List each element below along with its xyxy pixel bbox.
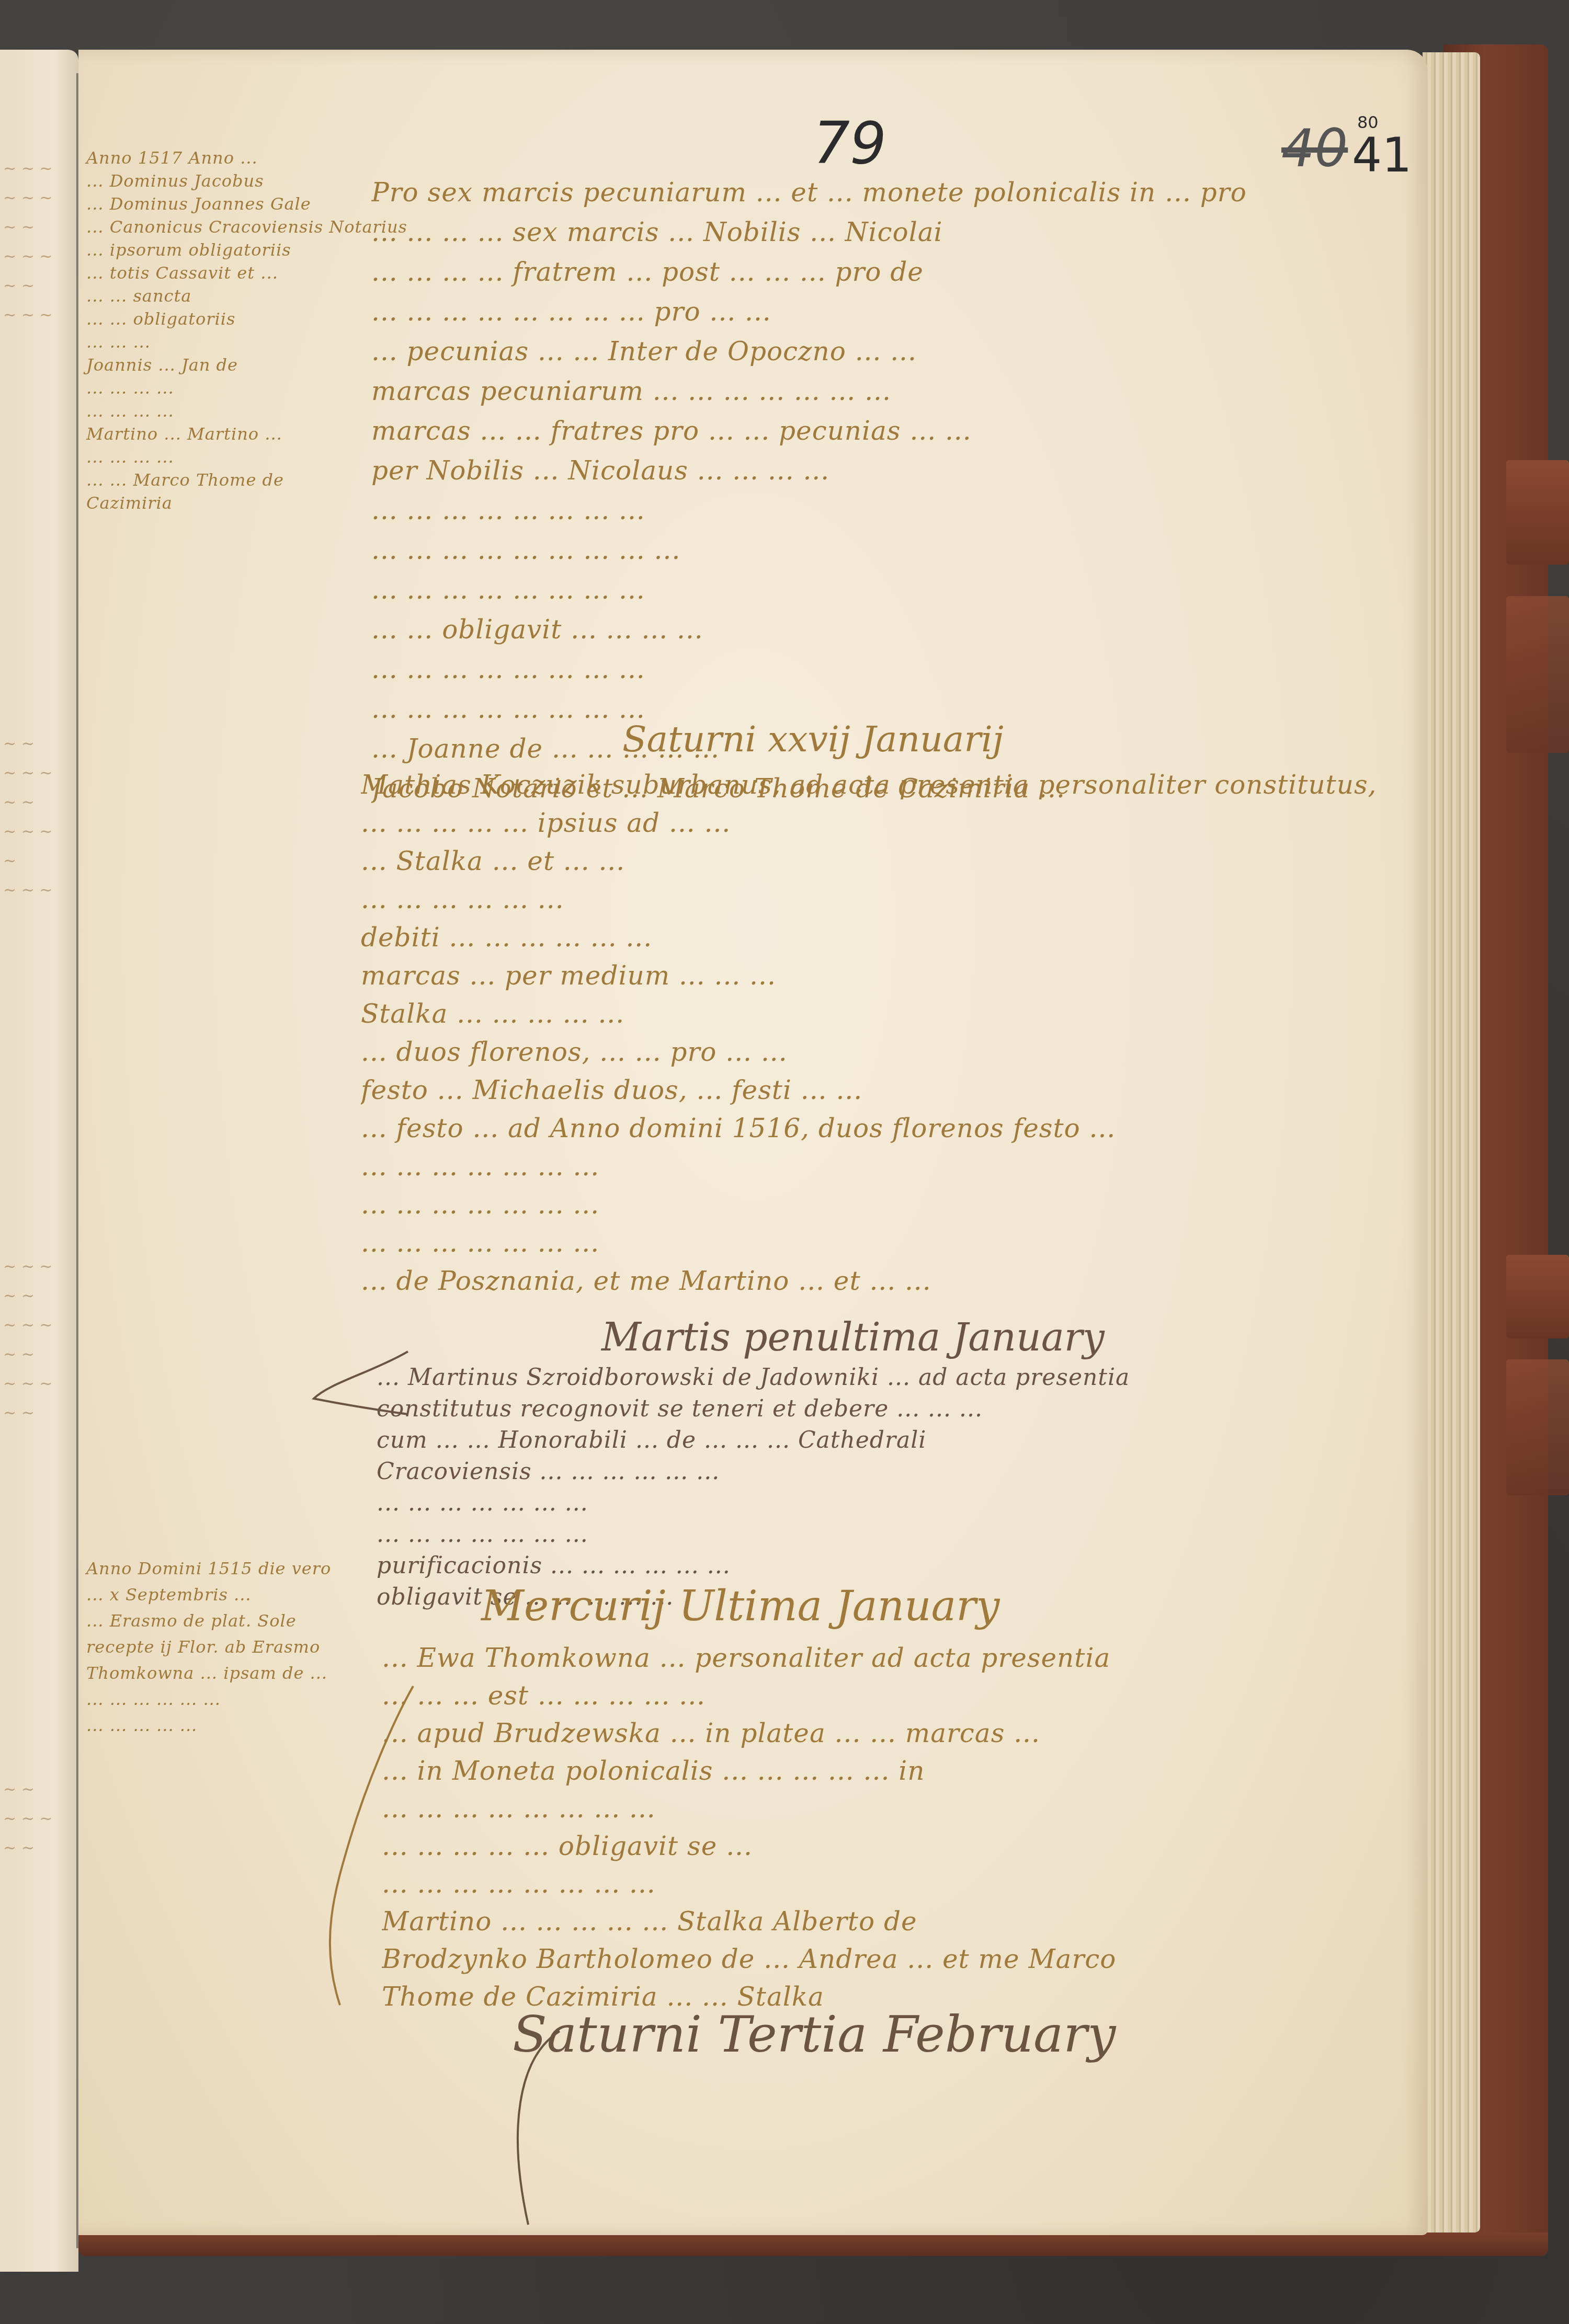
entry-line: marcas ... ... fratres pro ... ... pecun… [371, 411, 1407, 451]
entry-heading: Saturni Tertia February [513, 2005, 1116, 2064]
entry-line: per Nobilis ... Nicolaus ... ... ... ... [371, 451, 1407, 490]
margin-line: ... ... sancta [86, 284, 358, 307]
binding-strap [1506, 460, 1569, 565]
margin-line: Martino ... Martino ... [86, 422, 358, 445]
entry-line: Stalka ... ... ... ... ... [361, 995, 1407, 1033]
margin-line: ... ... Marco Thome de [86, 468, 358, 491]
register-entry: Mathias Koczuzik suburbanus, ad acta pre… [361, 766, 1407, 1300]
entry-line: ... de Posznania, et me Martino ... et .… [361, 1262, 1407, 1300]
bracket-flourish-icon [288, 1681, 424, 2016]
entry-line: ... ... ... ... ... ... ... [361, 1186, 1407, 1224]
entry-line: ... ... ... ... ... ... ... ... [371, 649, 1407, 689]
entry-line: ... ... ... ... ... ... ... ... ... [371, 530, 1407, 570]
entry-line: Brodzynko Bartholomeo de ... Andrea ... … [382, 1940, 1407, 1978]
entry-line: ... Martinus Szroidborowski de Jadowniki… [377, 1362, 1407, 1393]
margin-line: ... ... ... [86, 330, 358, 353]
register-entry: ... Ewa Thomkowna ... personaliter ad ac… [382, 1639, 1407, 2016]
left-page-bleedthrough-text: ~ ~ ~~ ~ ~~ ~~ ~ ~~ ~~ ~ ~ [3, 154, 76, 330]
left-page-bleedthrough-text: ~ ~~ ~ ~~ ~~ ~ ~~~ ~ ~ [3, 729, 76, 905]
entry-line: festo ... Michaelis duos, ... festi ... … [361, 1071, 1407, 1109]
binding-strap [1506, 1359, 1569, 1495]
margin-line: ... ... ... ... [86, 399, 358, 422]
margin-line: ... totis Cassavit et ... [86, 261, 358, 284]
entry-line: constitutus recognovit se teneri et debe… [377, 1393, 1407, 1425]
margin-line: Anno 1517 Anno ... [86, 146, 358, 169]
binding-strap [1506, 596, 1569, 753]
entry-line: ... ... ... ... ... ... ... [377, 1519, 1407, 1550]
margin-line: ... ipsorum obligatoriis [86, 238, 358, 261]
margin-line: ... Dominus Joannes Gale [86, 192, 358, 215]
left-page-bleedthrough-text: ~ ~~ ~ ~~ ~ [3, 1775, 76, 1863]
margin-line: ... Erasmo de plat. Sole [86, 1608, 379, 1634]
entry-line: ... ... ... ... sex marcis ... Nobilis .… [371, 212, 1407, 252]
margin-line: ... Dominus Jacobus [86, 169, 358, 192]
entry-line: ... festo ... ad Anno domini 1516, duos … [361, 1109, 1407, 1148]
entry-line: ... ... ... ... ... ... [361, 880, 1407, 919]
entry-line: ... ... ... ... ... ipsius ad ... ... [361, 804, 1407, 842]
margin-line: recepte ij Flor. ab Erasmo [86, 1634, 379, 1660]
entry-line: ... ... ... ... ... ... ... [361, 1148, 1407, 1186]
entry-line: ... pecunias ... ... Inter de Opoczno ..… [371, 331, 1407, 371]
margin-line: ... Canonicus Cracoviensis Notarius [86, 215, 358, 238]
entry-line: Martino ... ... ... ... ... Stalka Alber… [382, 1903, 1407, 1940]
manuscript-page: 79 40 80 41 Anno 1517 Anno ... ... Domin… [78, 50, 1428, 2235]
entry-line: ... ... ... ... ... ... ... ... [371, 490, 1407, 530]
entry-line: ... ... ... ... ... obligavit se ... [382, 1827, 1407, 1865]
entry-line: ... Stalka ... et ... ... [361, 842, 1407, 880]
entry-heading: Martis penultima January [601, 1315, 1105, 1360]
margin-line: Anno Domini 1515 die vero [86, 1555, 379, 1582]
binding-strap [1506, 1255, 1569, 1338]
margin-line: ... x Septembris ... [86, 1582, 379, 1608]
folio-number-struck: 40 [1281, 118, 1348, 179]
entry-line: ... ... ... ... ... ... ... ... [371, 570, 1407, 610]
entry-line: ... Ewa Thomkowna ... personaliter ad ac… [382, 1639, 1407, 1677]
left-page-bleedthrough-text: ~ ~ ~~ ~~ ~ ~~ ~~ ~ ~~ ~ [3, 1252, 76, 1428]
page-stack-edges [1423, 52, 1480, 2233]
entry-line: marcas pecuniarum ... ... ... ... ... ..… [371, 371, 1407, 411]
margin-note: Anno 1517 Anno ... ... Dominus Jacobus .… [86, 146, 358, 514]
entry-line: Cracoviensis ... ... ... ... ... ... [377, 1456, 1407, 1487]
entry-line: Pro sex marcis pecuniarum ... et ... mon… [371, 173, 1407, 212]
entry-line: purificacionis ... ... ... ... ... ... [377, 1550, 1407, 1582]
entry-line: ... ... ... ... ... ... ... ... [382, 1865, 1407, 1903]
entry-line: marcas ... per medium ... ... ... [361, 957, 1407, 995]
margin-line: Cazimiria [86, 491, 358, 514]
entry-line: ... ... ... ... ... ... ... ... pro ... … [371, 292, 1407, 331]
margin-line: ... ... obligatoriis [86, 307, 358, 330]
entry-line: ... duos florenos, ... ... pro ... ... [361, 1033, 1407, 1071]
left-page-edge: ~ ~ ~~ ~ ~~ ~~ ~ ~~ ~~ ~ ~ ~ ~~ ~ ~~ ~~ … [0, 50, 78, 2272]
initial-flourish-icon [507, 2026, 570, 2235]
entry-line: Mathias Koczuzik suburbanus, ad acta pre… [361, 766, 1407, 804]
entry-line: ... ... obligavit ... ... ... ... [371, 610, 1407, 649]
entry-line: ... apud Brudzewska ... in platea ... ..… [382, 1714, 1407, 1752]
entry-heading: Saturni xxvij Januarij [622, 719, 1004, 760]
entry-line: ... in Moneta polonicalis ... ... ... ..… [382, 1752, 1407, 1790]
margin-line: ... ... ... ... [86, 376, 358, 399]
entry-line: ... ... ... est ... ... ... ... ... [382, 1677, 1407, 1714]
entry-line: ... ... ... ... fratrem ... post ... ...… [371, 252, 1407, 292]
register-entry: Pro sex marcis pecuniarum ... et ... mon… [371, 173, 1407, 808]
leather-binding-bottom [78, 2233, 1548, 2256]
margin-line: Joannis ... Jan de [86, 353, 358, 376]
folio-number-center: 79 [813, 110, 886, 177]
entry-line: ... ... ... ... ... ... ... [377, 1487, 1407, 1519]
register-entry: ... Martinus Szroidborowski de Jadowniki… [377, 1362, 1407, 1613]
entry-line: ... ... ... ... ... ... ... ... [382, 1790, 1407, 1827]
entry-line: debiti ... ... ... ... ... ... [361, 919, 1407, 957]
entry-heading: Mercurij Ultima January [481, 1582, 1000, 1630]
entry-line: ... ... ... ... ... ... ... [361, 1224, 1407, 1262]
entry-line: cum ... ... Honorabili ... de ... ... ..… [377, 1425, 1407, 1456]
margin-line: ... ... ... ... [86, 445, 358, 468]
